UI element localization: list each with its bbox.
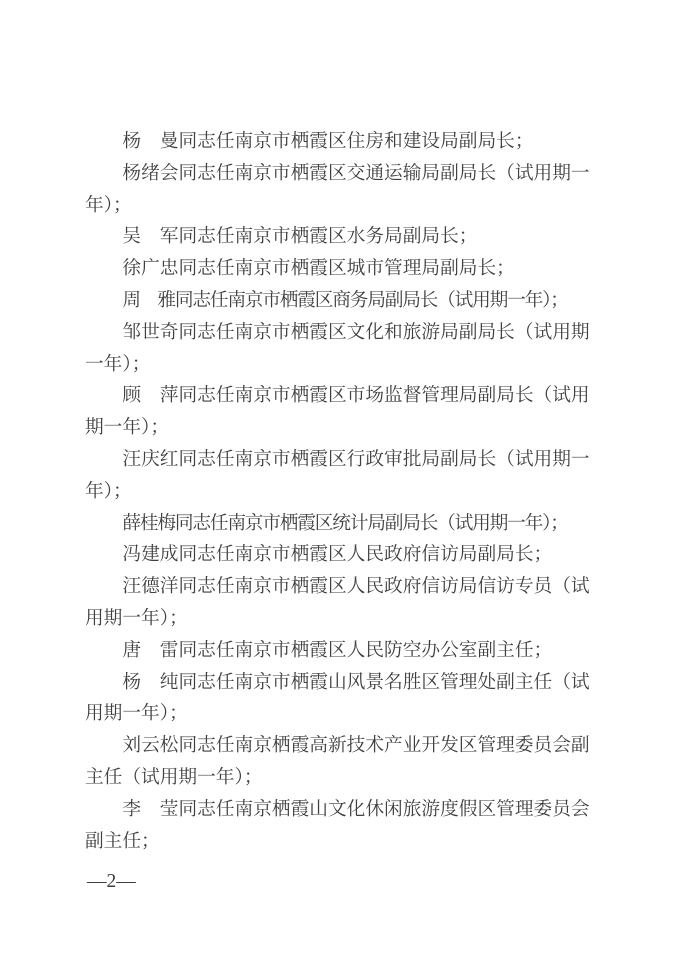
page-number: —2— (87, 871, 136, 893)
document-line: 徐广忠同志任南京市栖霞区城市管理局副局长； (85, 253, 590, 285)
document-line: 副主任； (85, 826, 590, 858)
document-line: 年）； (85, 190, 590, 222)
document-line: 邹世奇同志任南京市栖霞区文化和旅游局副局长（试用期 (85, 317, 590, 349)
document-page: 杨 曼同志任南京市栖霞区住房和建设局副局长； 杨绪会同志任南京市栖霞区交通运输局… (0, 0, 680, 962)
document-line: 用期一年）； (85, 698, 590, 730)
document-line: 李 莹同志任南京栖霞山文化休闲旅游度假区管理委员会 (85, 794, 590, 826)
document-line: 年）； (85, 476, 590, 508)
document-line: 杨绪会同志任南京市栖霞区交通运输局副局长（试用期一 (85, 158, 590, 190)
document-line: 一年）； (85, 349, 590, 381)
document-line: 唐 雷同志任南京市栖霞区人民防空办公室副主任； (85, 635, 590, 667)
document-line: 刘云松同志任南京栖霞高新技术产业开发区管理委员会副 (85, 730, 590, 762)
document-line: 杨 曼同志任南京市栖霞区住房和建设局副局长； (85, 126, 590, 158)
document-line: 主任（试用期一年）； (85, 762, 590, 794)
document-line: 吴 军同志任南京市栖霞区水务局副局长； (85, 221, 590, 253)
document-line: 期一年）； (85, 412, 590, 444)
document-line: 用期一年）； (85, 603, 590, 635)
document-text-block: 杨 曼同志任南京市栖霞区住房和建设局副局长； 杨绪会同志任南京市栖霞区交通运输局… (85, 126, 590, 857)
document-line: 汪庆红同志任南京市栖霞区行政审批局副局长（试用期一 (85, 444, 590, 476)
document-line: 周 雅同志任南京市栖霞区商务局副局长（试用期一年）； (85, 285, 590, 317)
document-line: 顾 萍同志任南京市栖霞区市场监督管理局副局长（试用 (85, 380, 590, 412)
document-line: 冯建成同志任南京市栖霞区人民政府信访局副局长； (85, 539, 590, 571)
document-line: 薛桂梅同志任南京市栖霞区统计局副局长（试用期一年）； (85, 508, 590, 540)
document-line: 杨 纯同志任南京市栖霞山风景名胜区管理处副主任（试 (85, 667, 590, 699)
document-line: 汪德洋同志任南京市栖霞区人民政府信访局信访专员（试 (85, 571, 590, 603)
